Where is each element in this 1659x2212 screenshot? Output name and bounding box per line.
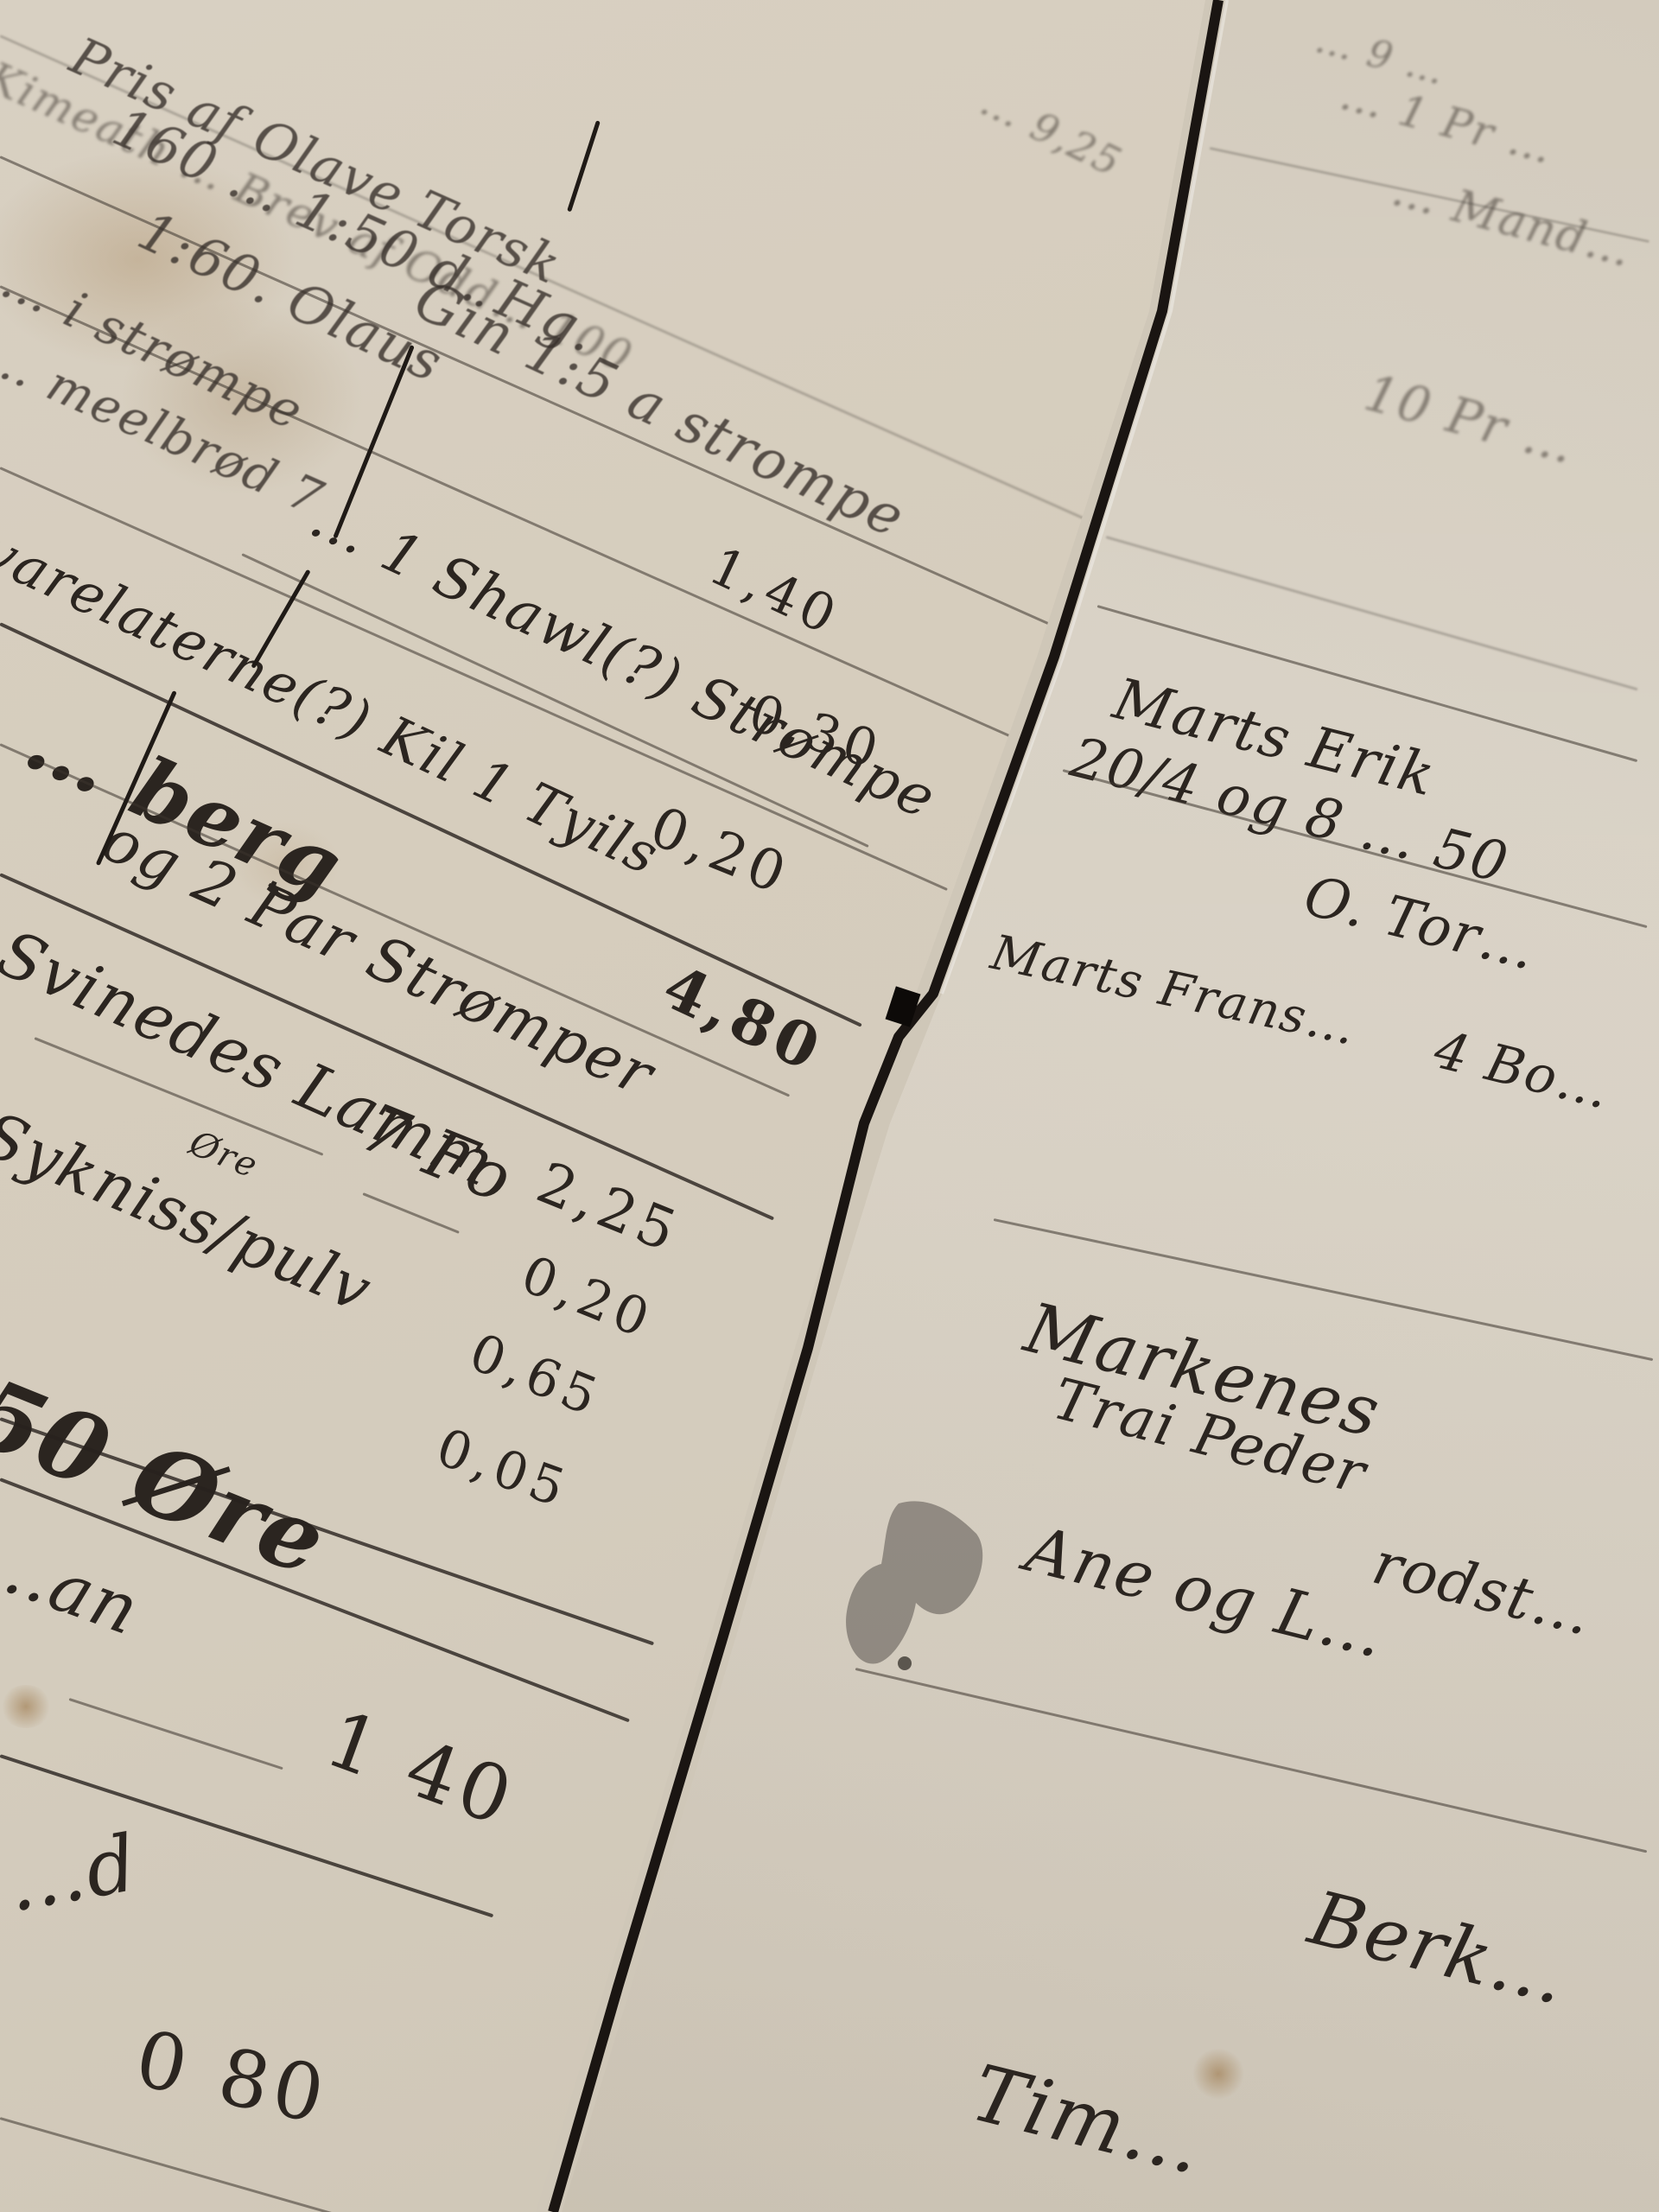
age-spot xyxy=(0,1685,52,1728)
amount: 0,05 xyxy=(429,1417,577,1521)
ledger-line: Marts Frans… xyxy=(986,925,1361,1057)
amount: 0,65 xyxy=(461,1322,610,1429)
ledger-line: …an xyxy=(0,1521,150,1651)
ink-stain xyxy=(834,1473,1007,1672)
ledger-line: 4 Bo… xyxy=(1428,1020,1617,1122)
ledger-line: … 9,25 xyxy=(973,78,1129,186)
ledger-line: …d xyxy=(0,1818,145,1930)
ledger-line: Øre xyxy=(184,1123,264,1186)
ledger-line: rodst… xyxy=(1366,1529,1600,1649)
pen-stroke xyxy=(567,120,601,212)
ledger-line: 10 Pr … xyxy=(1358,363,1582,475)
ledger-line: Tim… xyxy=(963,2048,1213,2193)
amount: 2,25 xyxy=(528,1149,690,1266)
ruled-line xyxy=(1210,147,1649,243)
age-spot xyxy=(1192,2048,1244,2100)
ruled-line xyxy=(1106,536,1638,690)
ruled-line xyxy=(855,1668,1648,1853)
ledger-photo: … 9,25 Kimeath … Brev af Odd… 100 Pris a… xyxy=(0,0,1659,2212)
ruled-line xyxy=(69,1698,283,1770)
ledger-line: Ane og L… xyxy=(1019,1512,1393,1673)
ledger-line: … Mand… xyxy=(1386,164,1637,278)
amount: 0,20 xyxy=(513,1244,662,1351)
ledger-line: Berk… xyxy=(1301,1875,1577,2022)
ledger-line: … 1 Pr … xyxy=(1335,69,1559,175)
ruled-line xyxy=(0,743,790,1096)
amount: 0 80 xyxy=(128,2013,336,2142)
amount: 1 40 xyxy=(315,1694,528,1845)
ledger-line: O. Tor… xyxy=(1298,864,1543,983)
